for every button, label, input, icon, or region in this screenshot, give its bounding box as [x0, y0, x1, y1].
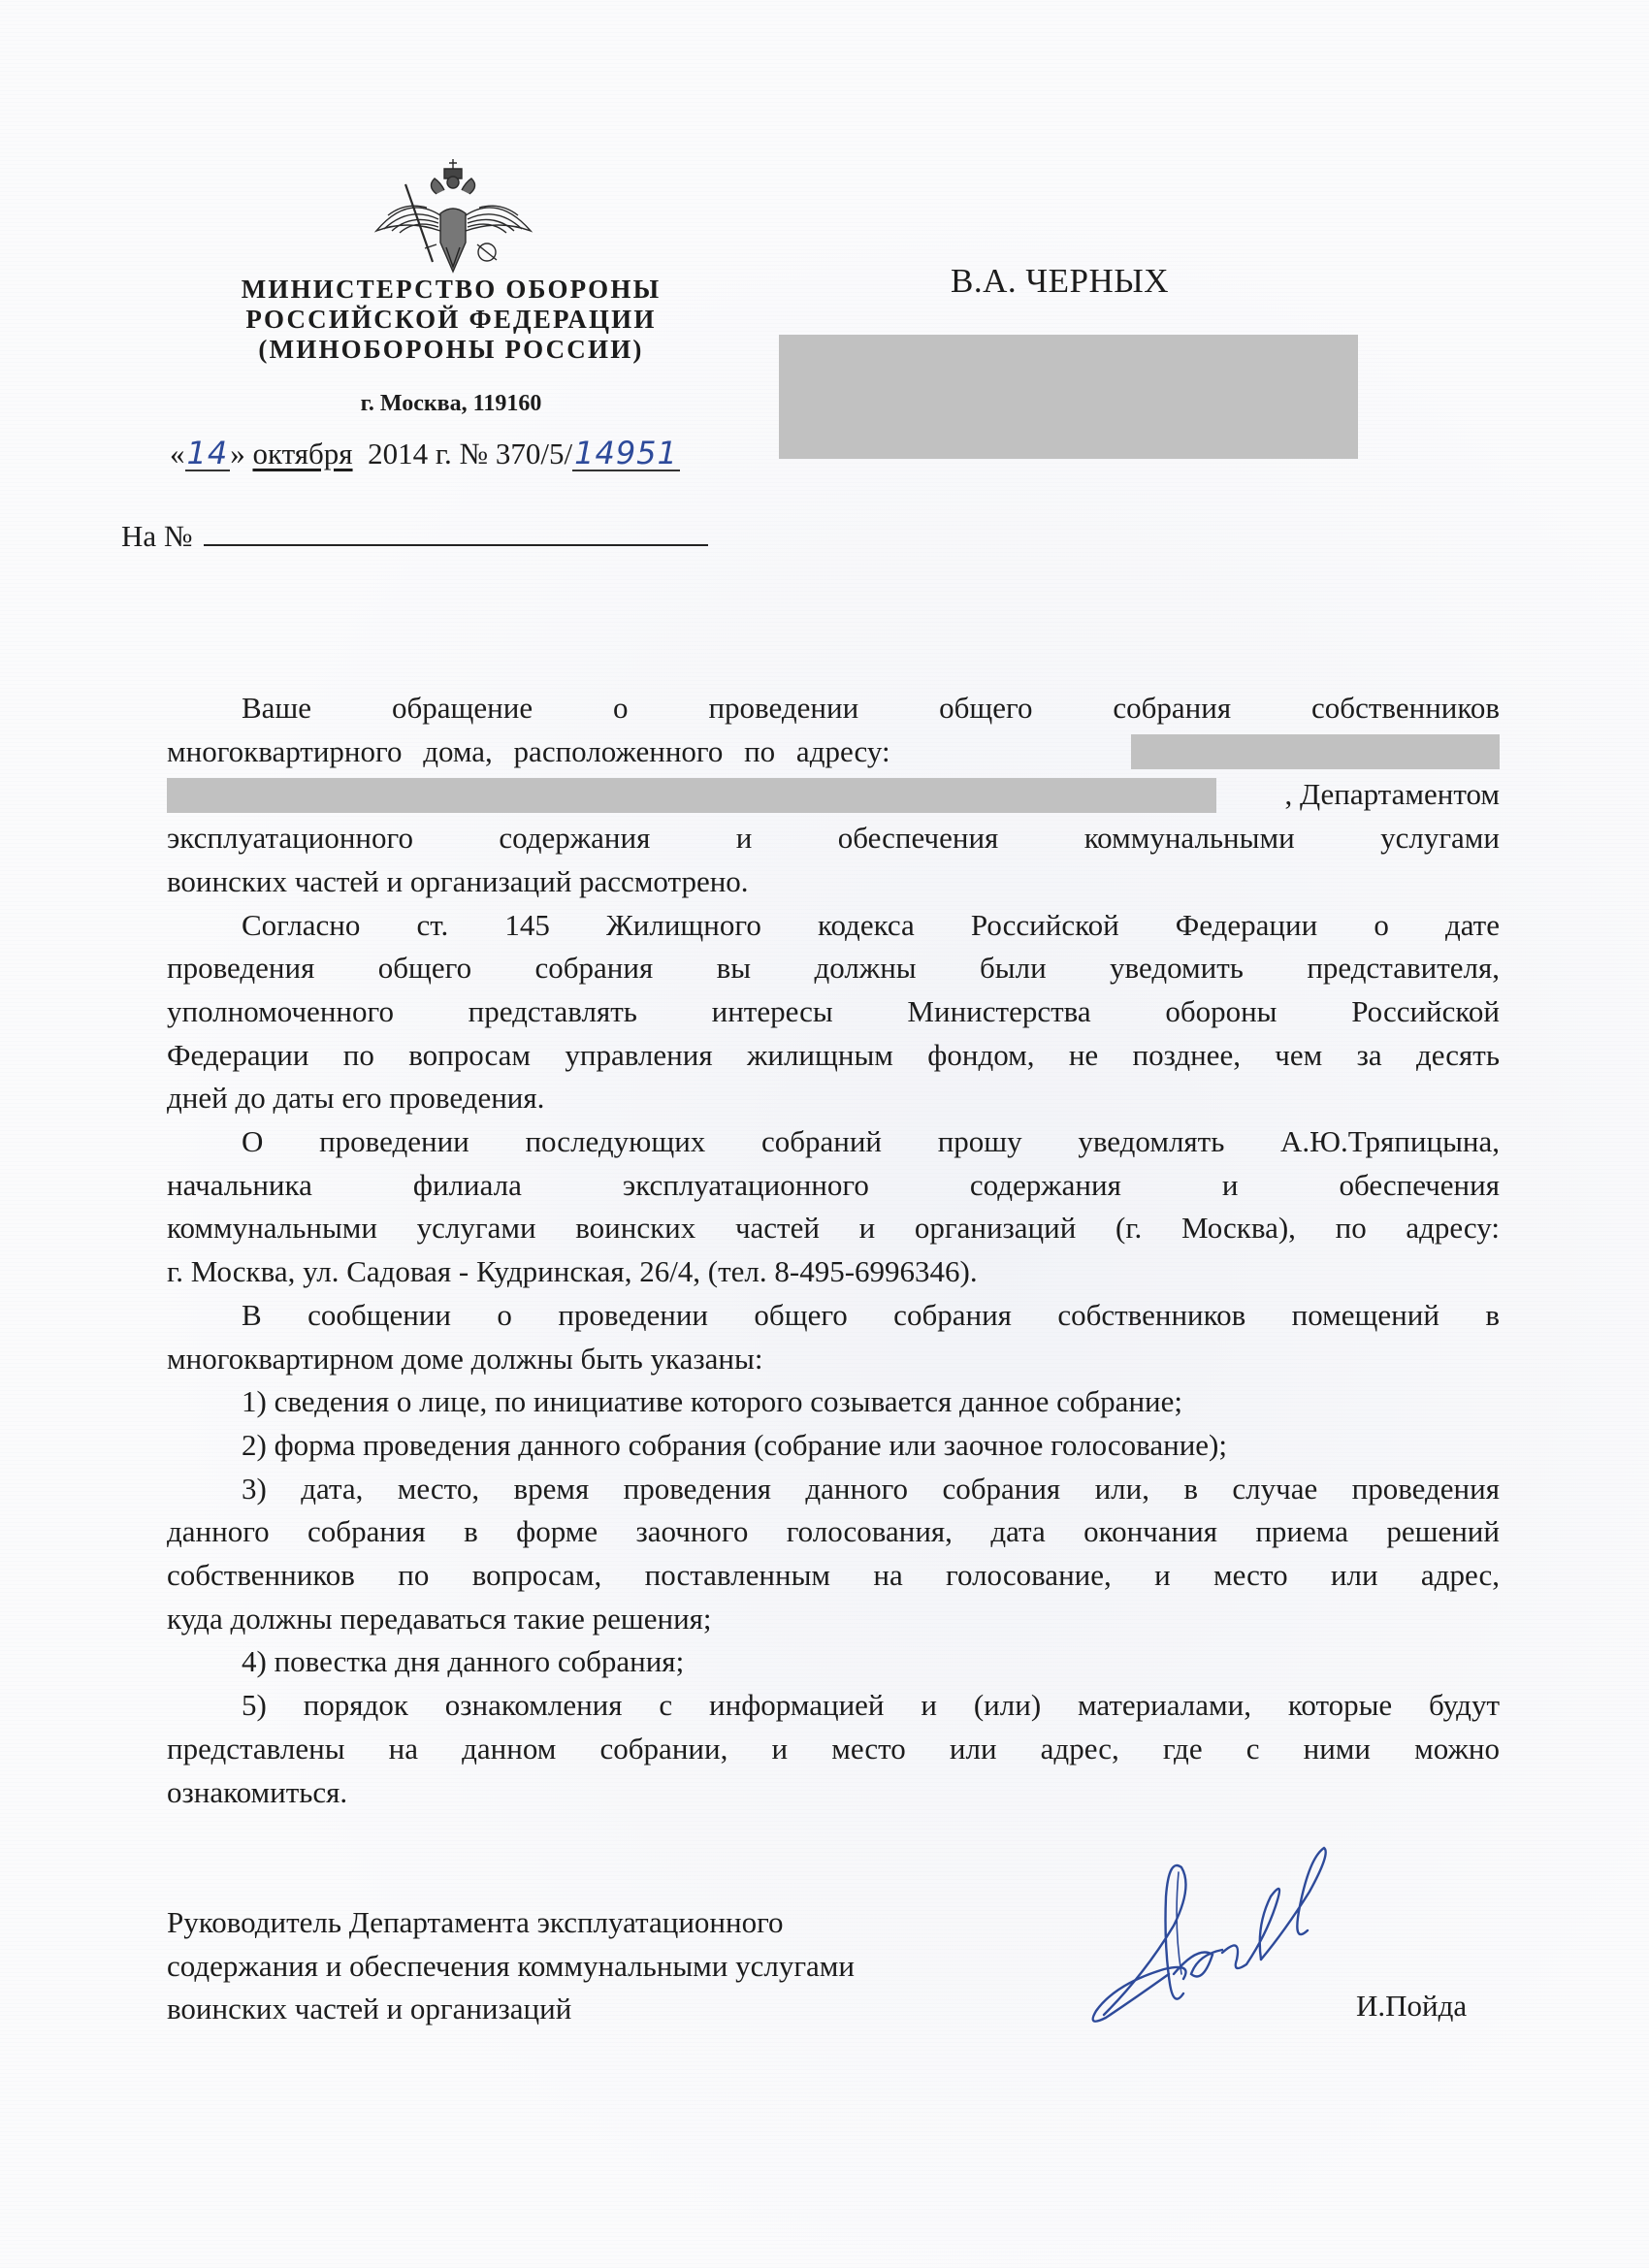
text-line: В сообщении о проведении общего собрания…	[167, 1294, 1500, 1338]
text-line: 3) дата, место, время проведения данного…	[167, 1468, 1500, 1511]
ministry-line-2: РОССИЙСКОЙ ФЕДЕРАЦИИ	[199, 305, 703, 335]
redacted-recipient-address	[779, 335, 1358, 459]
date-and-number-line: «14» октября 2014 г. № 370/5/14951	[170, 437, 680, 471]
handwritten-day: 14	[185, 437, 231, 471]
signatory-title-line-3: воинских частей и организаций	[167, 1988, 855, 2031]
list-item-4: 4) повестка дня данного собрания;	[167, 1640, 1500, 1684]
list-item-3: 3) дата, место, время проведения данного…	[167, 1468, 1500, 1641]
recipient-name: В.А. ЧЕРНЫХ	[951, 262, 1169, 301]
signatory-title-line-2: содержания и обеспечения коммунальными у…	[167, 1945, 855, 1989]
text-line: многоквартирного дома, расположенного по…	[167, 730, 1500, 774]
paragraph-1: Ваше обращение о проведении общего собра…	[167, 687, 1500, 904]
text-line: О проведении последующих собраний прошу …	[167, 1120, 1500, 1164]
letter-body: Ваше обращение о проведении общего собра…	[167, 687, 1500, 1814]
signatory-title: Руководитель Департамента эксплуатационн…	[167, 1901, 855, 2031]
ministry-name: МИНИСТЕРСТВО ОБОРОНЫ РОССИЙСКОЙ ФЕДЕРАЦИ…	[199, 275, 703, 365]
text-line: г. Москва, ул. Садовая - Кудринская, 26/…	[167, 1250, 1500, 1294]
text-line: многоквартирном доме должны быть указаны…	[167, 1338, 1500, 1381]
paragraph-2: Согласно ст. 145 Жилищного кодекса Росси…	[167, 904, 1500, 1121]
text-line: эксплуатационного содержания и обеспечен…	[167, 817, 1500, 860]
ministry-line-3: (МИНОБОРОНЫ РОССИИ)	[199, 335, 703, 365]
text-line: воинских частей и организаций рассмотрен…	[167, 860, 1500, 904]
text-line: Федерации по вопросам управления жилищны…	[167, 1034, 1500, 1078]
reply-to-number-line: На №	[121, 519, 708, 554]
reply-to-blank-field	[204, 525, 708, 546]
text-line: куда должны передаваться такие решения;	[167, 1598, 1500, 1641]
redacted-address-part-2	[167, 778, 1216, 813]
date-month: октября	[252, 437, 352, 470]
text-line: данного собрания в форме заочного голосо…	[167, 1510, 1500, 1554]
handwritten-document-number: 14951	[572, 437, 680, 471]
list-item-2: 2) форма проведения данного собрания (со…	[167, 1424, 1500, 1468]
text-line: дней до даты его проведения.	[167, 1077, 1500, 1120]
text-line: проведения общего собрания вы должны был…	[167, 947, 1500, 990]
date-open-quote: «	[170, 437, 185, 470]
text-line: начальника филиала эксплуатационного сод…	[167, 1164, 1500, 1208]
signatory-title-line-1: Руководитель Департамента эксплуатационн…	[167, 1901, 855, 1945]
paragraph-3: О проведении последующих собраний прошу …	[167, 1120, 1500, 1294]
reply-to-label: На №	[121, 519, 192, 553]
text-line: собственников по вопросам, поставленным …	[167, 1554, 1500, 1598]
text-line: , Департаментом	[167, 773, 1500, 817]
document-number-prefix: № 370/5/	[460, 437, 573, 470]
text-line: Согласно ст. 145 Жилищного кодекса Росси…	[167, 904, 1500, 948]
text-line: Ваше обращение о проведении общего собра…	[167, 687, 1500, 730]
text-line: представлены на данном собрании, и место…	[167, 1728, 1500, 1771]
city-postcode: г. Москва, 119160	[199, 391, 703, 417]
date-year: 2014 г.	[368, 437, 452, 470]
requirements-list: 1) сведения о лице, по инициативе которо…	[167, 1380, 1500, 1814]
signatory-name: И.Пойда	[1356, 1989, 1467, 2024]
text-line: коммунальными услугами воинских частей и…	[167, 1207, 1500, 1250]
list-item-5: 5) порядок ознакомления с информацией и …	[167, 1684, 1500, 1814]
date-close-quote: »	[230, 437, 245, 470]
paragraph-4: В сообщении о проведении общего собрания…	[167, 1294, 1500, 1380]
redacted-address-part-1	[1131, 734, 1500, 769]
text-line: 5) порядок ознакомления с информацией и …	[167, 1684, 1500, 1728]
text-line: уполномоченного представлять интересы Ми…	[167, 990, 1500, 1034]
list-item-1: 1) сведения о лице, по инициативе которо…	[167, 1380, 1500, 1424]
handwritten-signature-icon	[1077, 1838, 1387, 2032]
text-line: ознакомиться.	[167, 1771, 1500, 1815]
ministry-line-1: МИНИСТЕРСТВО ОБОРОНЫ	[199, 275, 703, 305]
